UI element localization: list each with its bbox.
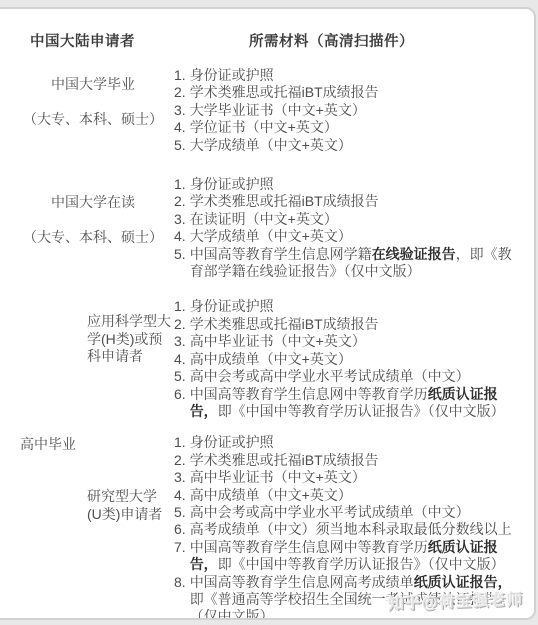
applicant-subcategory-label: 研究型大学(U类)申请者: [87, 434, 171, 523]
material-item-number: 4.: [174, 228, 186, 245]
material-item-number: 6.: [174, 521, 186, 538]
material-item: 4.学位证书（中文+英文）: [174, 119, 524, 136]
applicant-category-cell: 应用科学型大学(H类)或预科申请者: [2, 298, 174, 420]
watermark: 知乎@荷宝强老师: [388, 587, 524, 615]
material-item: 1.身份证或护照: [174, 176, 524, 193]
materials-list: 1.身份证或护照2.学术类雅思或托福iBT成绩报告3.高中毕业证书（中文+英文）…: [174, 298, 534, 420]
material-item-number: 5.: [174, 246, 186, 281]
applicant-category-cell: 中国大学毕业（大专、本科、硕士）: [2, 67, 174, 154]
material-item: 3.高中毕业证书（中文+英文）: [174, 469, 524, 486]
material-item-text: 高中会考或高中学业水平考试成绩单（中文）: [190, 368, 524, 385]
material-item-text: 中国高等教育学生信息网中等教育学历纸质认证报告，即《中国中等教育学历认证报告》（…: [190, 539, 524, 574]
material-item-number: 3.: [174, 102, 186, 119]
material-item-number: 2.: [174, 84, 186, 101]
material-item: 3.大学毕业证书（中文+英文）: [174, 102, 524, 119]
section-row-1: 中国大学毕业（大专、本科、硕士）1.身份证或护照2.学术类雅思或托福iBT成绩报…: [2, 67, 534, 154]
material-item-text: 高中毕业证书（中文+英文）: [190, 469, 524, 486]
material-item-number: 4.: [174, 119, 186, 136]
applicant-category-label: 中国大学毕业: [2, 76, 174, 94]
table-header: 中国大陆申请者 所需材料（高清扫描件）: [2, 30, 534, 47]
material-item: 7.中国高等教育学生信息网中等教育学历纸质认证报告，即《中国中等教育学历认证报告…: [174, 539, 524, 574]
material-item-number: 2.: [174, 193, 186, 210]
sections-container: 中国大学毕业（大专、本科、硕士）1.身份证或护照2.学术类雅思或托福iBT成绩报…: [2, 67, 534, 620]
material-item: 5.高中会考或高中学业水平考试成绩单（中文）: [174, 504, 524, 521]
material-item: 2.学术类雅思或托福iBT成绩报告: [174, 452, 524, 469]
material-item-number: 1.: [174, 298, 186, 315]
material-item-number: 1.: [174, 67, 186, 84]
material-item-text: 中国高等教育学生信息网中等教育学历纸质认证报告，即《中国中等教育学历认证报告》（…: [190, 386, 524, 421]
material-item-number: 2.: [174, 316, 186, 333]
material-item-text: 学位证书（中文+英文）: [190, 119, 524, 136]
material-item: 4.高中成绩单（中文+英文）: [174, 351, 524, 368]
material-item: 6.高考成绩单（中文）须当地本科录取最低分数线以上: [174, 521, 524, 538]
material-item-text: 身份证或护照: [190, 298, 524, 315]
material-item: 1.身份证或护照: [174, 67, 524, 84]
material-item-number: 3.: [174, 469, 186, 486]
material-item-text: 高中成绩单（中文+英文）: [190, 487, 524, 504]
section-row-3: 应用科学型大学(H类)或预科申请者1.身份证或护照2.学术类雅思或托福iBT成绩…: [2, 298, 534, 420]
applicant-category-cell: 高中毕业研究型大学(U类)申请者: [2, 434, 174, 620]
material-item-number: 1.: [174, 434, 186, 451]
material-item-text: 学术类雅思或托福iBT成绩报告: [190, 452, 524, 469]
material-item: 1.身份证或护照: [174, 298, 524, 315]
material-item-number: 4.: [174, 351, 186, 368]
material-item-text: 中国高等教育学生信息网学籍在线验证报告，即《教育部学籍在线验证报告》（仅中文版）: [190, 246, 524, 281]
material-item-text: 在读证明（中文+英文）: [190, 211, 524, 228]
material-item-text: 高中毕业证书（中文+英文）: [190, 333, 524, 350]
material-item-number: 2.: [174, 452, 186, 469]
material-item: 1.身份证或护照: [174, 434, 524, 451]
material-item: 5.高中会考或高中学业水平考试成绩单（中文）: [174, 368, 524, 385]
material-item-number: 8.: [174, 574, 186, 620]
material-item-number: 7.: [174, 539, 186, 574]
material-item-number: 5.: [174, 504, 186, 521]
material-item-number: 6.: [174, 386, 186, 421]
material-item-text: 学术类雅思或托福iBT成绩报告: [190, 316, 524, 333]
material-item-text: 高中会考或高中学业水平考试成绩单（中文）: [190, 504, 524, 521]
material-item: 3.高中毕业证书（中文+英文）: [174, 333, 524, 350]
material-item: 5.中国高等教育学生信息网学籍在线验证报告，即《教育部学籍在线验证报告》（仅中文…: [174, 246, 524, 281]
applicant-category-label: 高中毕业: [20, 436, 76, 454]
materials-list: 1.身份证或护照2.学术类雅思或托福iBT成绩报告3.大学毕业证书（中文+英文）…: [174, 67, 534, 154]
material-item-number: 1.: [174, 176, 186, 193]
applicant-category-sublabel: （大专、本科、硕士）: [2, 229, 174, 247]
material-item: 2.学术类雅思或托福iBT成绩报告: [174, 316, 524, 333]
applicant-category-label: 中国大学在读: [2, 194, 174, 212]
material-item-number: 4.: [174, 487, 186, 504]
material-item: 4.大学成绩单（中文+英文）: [174, 228, 524, 245]
section-row-2: 中国大学在读（大专、本科、硕士）1.身份证或护照2.学术类雅思或托福iBT成绩报…: [2, 176, 534, 280]
material-item-text: 身份证或护照: [190, 176, 524, 193]
material-item-text: 学术类雅思或托福iBT成绩报告: [190, 193, 524, 210]
material-item-text: 学术类雅思或托福iBT成绩报告: [190, 84, 524, 101]
applicant-subcategory-label: 应用科学型大学(H类)或预科申请者: [87, 298, 171, 366]
header-applicant-column: 中国大陆申请者: [30, 30, 135, 51]
material-item: 3.在读证明（中文+英文）: [174, 211, 524, 228]
material-item-text: 大学成绩单（中文+英文）: [190, 137, 524, 154]
material-item: 2.学术类雅思或托福iBT成绩报告: [174, 84, 524, 101]
material-item-text: 高考成绩单（中文）须当地本科录取最低分数线以上: [190, 521, 524, 538]
material-item: 2.学术类雅思或托福iBT成绩报告: [174, 193, 524, 210]
material-item-number: 3.: [174, 211, 186, 228]
material-item: 5.大学成绩单（中文+英文）: [174, 137, 524, 154]
material-item-number: 5.: [174, 368, 186, 385]
material-item-number: 3.: [174, 333, 186, 350]
applicant-category-cell: 中国大学在读（大专、本科、硕士）: [2, 176, 174, 280]
material-item-text: 身份证或护照: [190, 67, 524, 84]
material-item-text: 高中成绩单（中文+英文）: [190, 351, 524, 368]
material-item: 4.高中成绩单（中文+英文）: [174, 487, 524, 504]
header-materials-column: 所需材料（高清扫描件）: [249, 30, 414, 51]
material-item: 6.中国高等教育学生信息网中等教育学历纸质认证报告，即《中国中等教育学历认证报告…: [174, 386, 524, 421]
applicant-category-sublabel: （大专、本科、硕士）: [2, 111, 174, 129]
materials-list: 1.身份证或护照2.学术类雅思或托福iBT成绩报告3.在读证明（中文+英文）4.…: [174, 176, 534, 280]
materials-table-card: 中国大陆申请者 所需材料（高清扫描件） 中国大学毕业（大专、本科、硕士）1.身份…: [0, 7, 536, 620]
material-item-text: 身份证或护照: [190, 434, 524, 451]
material-item-text: 大学成绩单（中文+英文）: [190, 228, 524, 245]
material-item-number: 5.: [174, 137, 186, 154]
material-item-text: 大学毕业证书（中文+英文）: [190, 102, 524, 119]
